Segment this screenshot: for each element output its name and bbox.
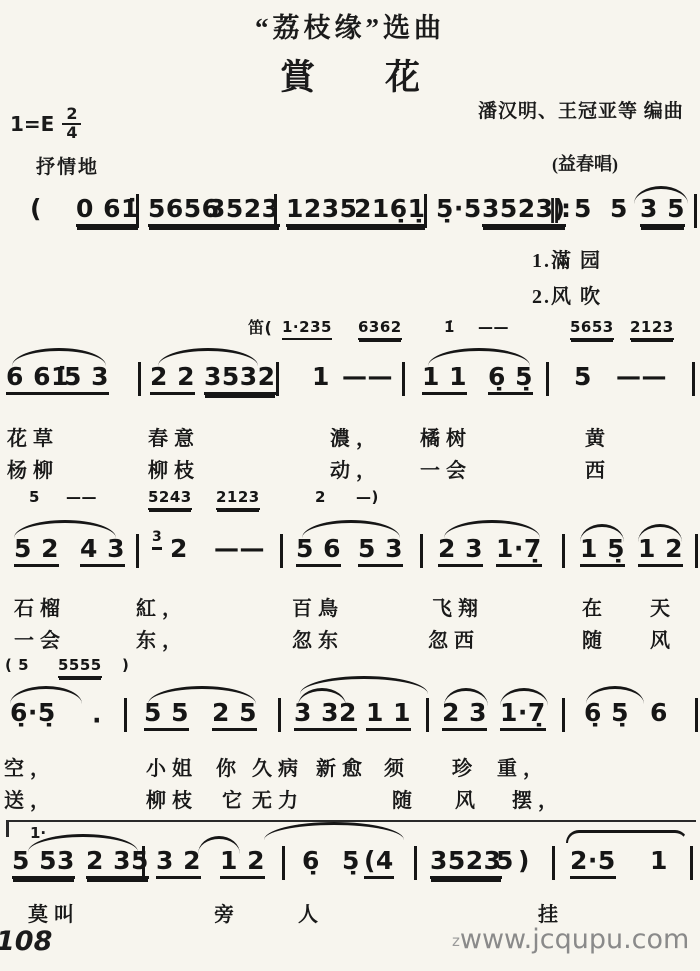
tempo-marking: 抒情地	[36, 152, 99, 179]
barline	[424, 194, 427, 228]
verse-lyric: 百鳥	[292, 592, 344, 621]
barline	[142, 846, 145, 880]
verse-lyric: 须	[384, 752, 410, 781]
verse-lyric: 珍	[452, 752, 478, 781]
music-system-1: ( 0 61̇ 5656 3523 1235 216̣1̣ 5̣·5 3523)…	[0, 188, 700, 318]
barline	[124, 698, 127, 732]
song-title: 賞 花	[0, 50, 700, 100]
close-paren: )	[518, 848, 530, 874]
verse-lyric: 人	[298, 898, 324, 927]
note-group: 5 3	[358, 536, 403, 567]
note-group: 216̣1̣	[354, 196, 426, 227]
verse-lyric: 动，	[330, 454, 382, 483]
barline	[136, 194, 139, 228]
verse-lyric: 你	[216, 752, 242, 781]
note-group: 5	[610, 196, 628, 222]
verse-lyric: 莫叫	[28, 898, 80, 927]
barline	[276, 362, 279, 396]
barline	[426, 698, 429, 732]
verse-lyric: 无力	[252, 784, 304, 813]
note-group: 1·7̣	[500, 700, 546, 731]
verse-lyric: 春意	[148, 422, 200, 451]
note-group: ——	[342, 364, 393, 390]
meter-numerator: 2	[62, 106, 81, 125]
note-group: 3 32	[294, 700, 357, 731]
verse-lyric: 随	[582, 624, 608, 653]
note-group: 5̣·5	[436, 196, 482, 222]
verse-lyric: 忽东	[292, 624, 344, 653]
repeat-sign: ‖:	[548, 196, 572, 222]
note-group: 5 5	[144, 700, 189, 731]
note-group: 2 2	[150, 364, 195, 395]
series-title: “荔枝缘”选曲	[0, 6, 700, 45]
barline	[280, 534, 283, 568]
note-group: 5 2	[14, 536, 59, 567]
barline	[278, 698, 281, 732]
barline	[690, 846, 693, 880]
cue-note-group: )	[122, 658, 129, 674]
cue-note-group: 2	[315, 490, 326, 506]
note-group: 6̣	[302, 848, 320, 874]
verse-lyric: 挂	[538, 898, 564, 927]
music-system-3: 5 —— 5243 2123 2 —) 5 2 4 3 3 2 —— 5 6 5…	[0, 488, 700, 658]
cue-note-group: 5653	[570, 320, 614, 340]
note-group: 2·5	[570, 848, 616, 879]
verse-lyric: 空，	[4, 752, 56, 781]
open-paren: (	[30, 196, 42, 222]
verse-lyric: 柳枝	[148, 454, 200, 483]
music-system-5: 1· 5 53 2 35 3 2 1 2 6̣ 5̣ (4 3523 5 ) 2…	[0, 810, 700, 940]
note-group: 3523	[430, 848, 502, 879]
slur	[264, 822, 404, 840]
watermark-prefix: z	[452, 932, 460, 950]
note-group: 5 53	[12, 848, 75, 879]
music-system-4: ( 5 5555 ) 6̣·5̣ · 5 5 2 5 3 32 1 1 2 3 …	[0, 656, 700, 812]
barline	[694, 194, 697, 228]
cue-note-group: 2123	[630, 320, 674, 340]
verse-lyric: 一会	[420, 454, 472, 483]
note-group: 4 3	[80, 536, 125, 567]
cue-note-group: ——	[66, 490, 97, 506]
key-label: 1=E	[10, 112, 54, 136]
watermark: z www.jcqupu.com	[452, 924, 689, 955]
verse-lyric: 忽西	[428, 624, 480, 653]
barline	[562, 698, 565, 732]
note-group: 2 35	[86, 848, 149, 879]
time-signature: 2 4	[62, 106, 81, 142]
note-group: 2	[170, 536, 188, 562]
note-group: 5	[574, 196, 592, 222]
note-group: 5 6	[296, 536, 341, 567]
verse-lyric: 随	[392, 784, 418, 813]
note-group: 3532	[204, 364, 276, 395]
verse-lyric: 它	[222, 784, 248, 813]
meter-denominator: 4	[62, 125, 81, 142]
verse-lyric: 新愈	[316, 752, 368, 781]
verse-lyric: 旁	[214, 898, 240, 927]
note-group: 1·7̣	[496, 536, 542, 567]
verse-lyric: 重，	[497, 752, 549, 781]
cue-note-group: 1·235	[282, 320, 332, 340]
barline	[282, 846, 285, 880]
barline	[695, 698, 698, 732]
note-group: ——	[214, 536, 265, 562]
verse-lyric: 紅，	[136, 592, 188, 621]
barline	[546, 362, 549, 396]
verse-lyric: 橘树	[420, 422, 472, 451]
slur	[634, 186, 688, 204]
note-group: 0 61̇	[76, 196, 139, 227]
note-group: 1 5̣	[580, 536, 625, 567]
slur	[566, 830, 688, 843]
note-group: 1 1	[422, 364, 467, 395]
barline	[274, 194, 277, 228]
cue-note-group: ( 5	[5, 658, 29, 674]
verse-lyric: 送，	[4, 784, 56, 813]
verse-lyric: 天	[650, 592, 676, 621]
cue-note-group: 5555	[58, 658, 102, 678]
barline	[138, 362, 141, 396]
verse-lyric: 濃，	[330, 422, 382, 451]
verse-lyric: 一会	[14, 624, 66, 653]
note-group: 5	[574, 364, 592, 390]
note-group: 6̣·5̣	[10, 700, 56, 726]
note-group: 6 61̇	[6, 364, 69, 395]
barline	[414, 846, 417, 880]
grace-note: 3	[152, 530, 162, 550]
verse-lyric: 飞翔	[432, 592, 484, 621]
cue-note-group: 2123	[216, 490, 260, 510]
note-group: 5 3	[64, 364, 109, 395]
note-group: 5̣	[342, 848, 360, 874]
verse-lyric: 小姐	[146, 752, 198, 781]
note-group: 3523	[208, 196, 280, 227]
page-number: 108	[0, 926, 52, 957]
verse-lyric: 风	[455, 784, 481, 813]
note-group: 1 2	[638, 536, 683, 567]
cue-note-group: 1̇	[444, 320, 455, 336]
note-group: 1 2	[220, 848, 265, 879]
verse-lyric: 久病	[252, 752, 304, 781]
note-group: 5	[496, 848, 514, 874]
singer-label: (益春唱)	[552, 150, 618, 176]
verse-lyric: 风	[650, 624, 676, 653]
note-group: 2 3	[442, 700, 487, 731]
verse-lyric: 东，	[136, 624, 188, 653]
cue-note-group: ——	[478, 320, 509, 336]
sheet-music-page: “荔枝缘”选曲 賞 花 潘汉明、王冠亚等 编曲 1=E 2 4 抒情地 (益春唱…	[0, 0, 700, 971]
note-group: 6̣ 5̣	[584, 700, 629, 726]
note-group: 6	[650, 700, 668, 726]
barline	[695, 534, 698, 568]
note-group: 1235	[286, 196, 358, 227]
flute-cue-label: 笛(	[248, 320, 272, 337]
music-system-2: 笛( 1·235 6362 1̇ —— 5653 2123 6 61̇ 5 3 …	[0, 318, 700, 488]
cue-note-group: 5	[29, 490, 40, 506]
barline	[562, 534, 565, 568]
barline	[402, 362, 405, 396]
note-group: 1 1	[366, 700, 411, 731]
verse-lyric: 石榴	[14, 592, 66, 621]
verse-lyric: 杨柳	[7, 454, 59, 483]
verse-lyric: 2.风 吹	[532, 280, 602, 309]
note-group: 1	[312, 364, 330, 390]
key-signature: 1=E 2 4	[10, 106, 81, 142]
barline	[692, 362, 695, 396]
cue-note-group: —)	[356, 490, 379, 506]
verse-lyric: 摆，	[512, 784, 564, 813]
note-group: (4	[364, 848, 394, 879]
verse-lyric: 西	[585, 454, 611, 483]
note-group: ——	[616, 364, 667, 390]
note-group: 6̣ 5̣	[488, 364, 533, 395]
augmentation-dot: ·	[92, 708, 102, 734]
cue-note-group: 5243	[148, 490, 192, 510]
verse-lyric: 1.滿 园	[532, 244, 602, 273]
verse-lyric: 在	[582, 592, 608, 621]
watermark-url: www.jcqupu.com	[460, 924, 689, 955]
verse-lyric: 黄	[585, 422, 611, 451]
note-group: 3 2	[156, 848, 201, 879]
note-group: 2 5	[212, 700, 257, 731]
note-group: 2 3	[438, 536, 483, 567]
verse-lyric: 柳枝	[146, 784, 198, 813]
note-group: 1	[650, 848, 668, 874]
barline	[420, 534, 423, 568]
composer-credit: 潘汉明、王冠亚等 编曲	[478, 96, 684, 123]
cue-note-group: 6362	[358, 320, 402, 340]
barline	[136, 534, 139, 568]
barline	[552, 846, 555, 880]
verse-lyric: 花草	[7, 422, 59, 451]
